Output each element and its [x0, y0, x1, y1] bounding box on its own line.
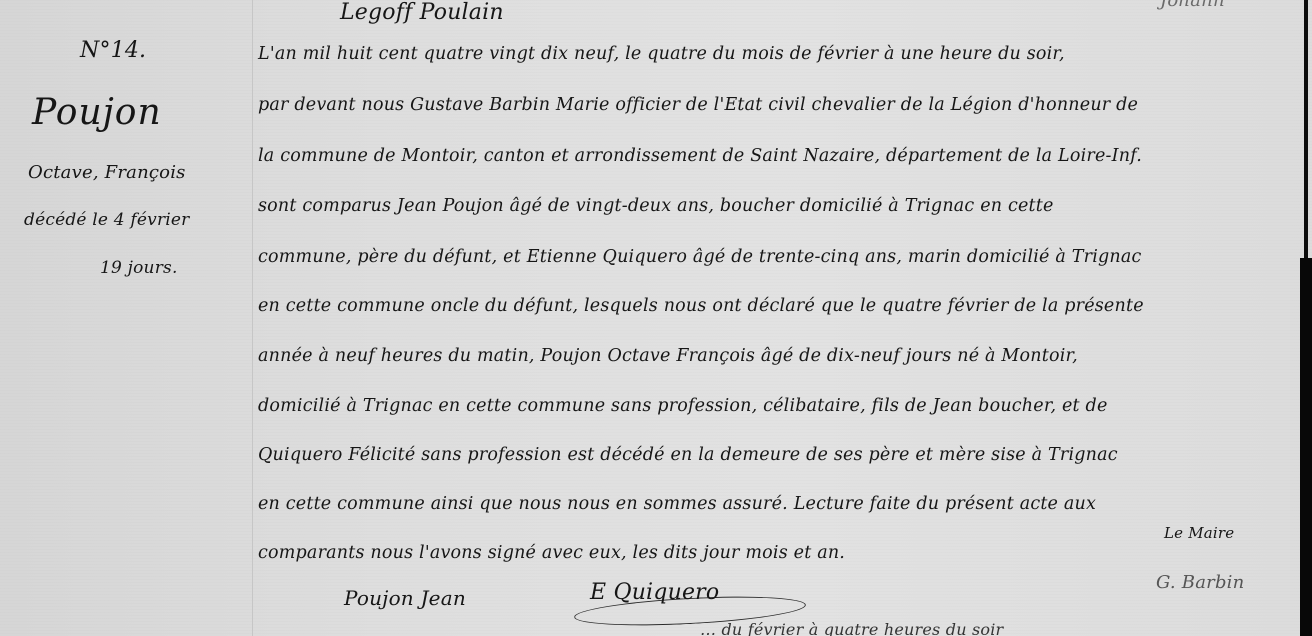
previous-act-signatures: Legoff Poulain — [340, 0, 504, 25]
deceased-surname: Poujon — [32, 92, 162, 133]
body-line: année à neuf heures du matin, Poujon Oct… — [258, 346, 1078, 366]
mayor-signature: G. Barbin — [1156, 572, 1244, 593]
scan-edge-upper — [1304, 0, 1308, 262]
register-page: N°14. Poujon Octave, François décédé le … — [0, 0, 1312, 636]
corner-signature: Johann — [1160, 0, 1225, 11]
deceased-age: 19 jours. — [100, 258, 178, 278]
body-line: en cette commune ainsi que nous nous en … — [258, 494, 1096, 514]
body-line: comparants nous l'avons signé avec eux, … — [258, 543, 845, 563]
body-line: en cette commune oncle du défunt, lesque… — [258, 296, 1144, 316]
declarant-signature-uncle: E Quiquero — [590, 580, 719, 605]
deceased-given-names: Octave, François — [28, 162, 186, 183]
body-line: domicilié à Trignac en cette commune san… — [258, 396, 1108, 416]
margin-rule — [252, 0, 253, 636]
body-line: par devant nous Gustave Barbin Marie off… — [258, 95, 1138, 115]
mayor-title: Le Maire — [1164, 524, 1234, 542]
body-line: commune, père du défunt, et Etienne Quiq… — [258, 247, 1142, 267]
body-line: L'an mil huit cent quatre vingt dix neuf… — [258, 44, 1065, 64]
death-date-note: décédé le 4 février — [24, 210, 190, 230]
act-number: N°14. — [80, 38, 146, 63]
next-act-fragment: … du février à quatre heures du soir — [700, 620, 1003, 636]
body-line: Quiquero Félicité sans profession est dé… — [258, 445, 1118, 465]
body-line: sont comparus Jean Poujon âgé de vingt-d… — [258, 196, 1054, 216]
declarant-signature-father: Poujon Jean — [344, 586, 466, 610]
body-line: la commune de Montoir, canton et arrondi… — [258, 146, 1142, 166]
scan-edge-lower — [1300, 258, 1312, 636]
